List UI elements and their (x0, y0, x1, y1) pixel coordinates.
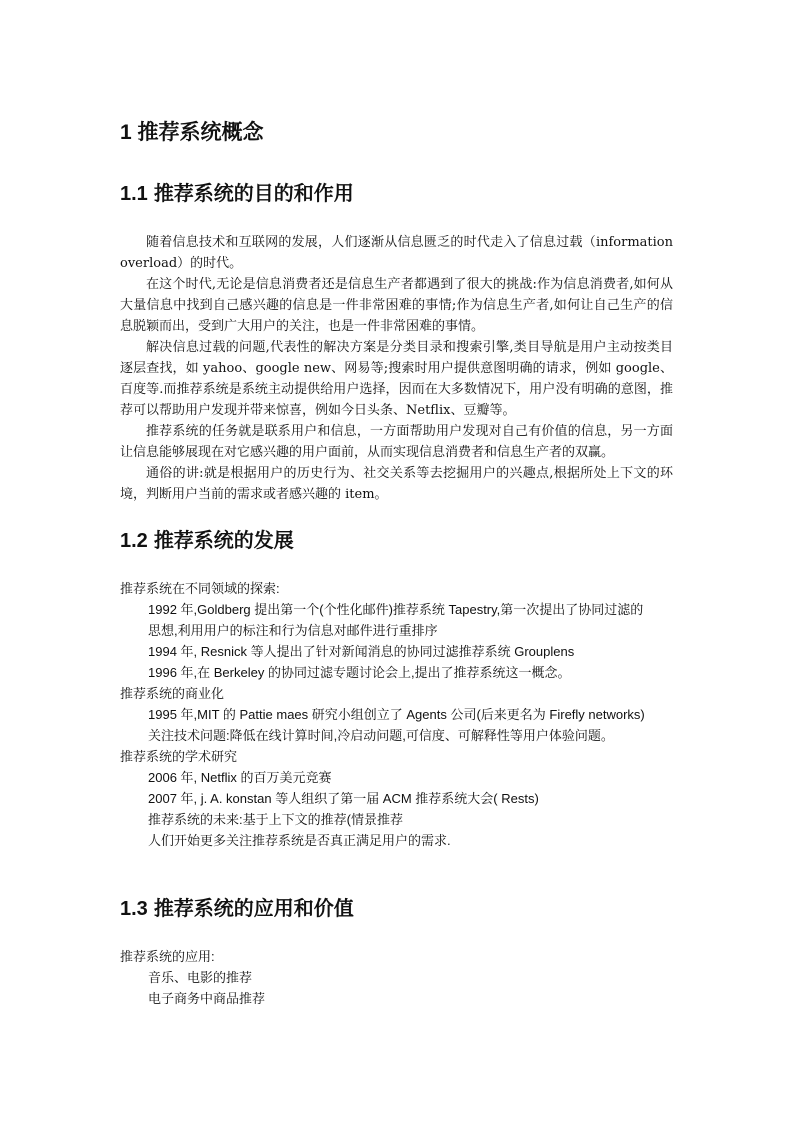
list-item: 推荐系统的学术研究 (120, 746, 680, 767)
paragraph: 随着信息技术和互联网的发展，人们逐渐从信息匮乏的时代走入了信息过载（inform… (120, 232, 673, 274)
section-1-1-body: 随着信息技术和互联网的发展，人们逐渐从信息匮乏的时代走入了信息过载（inform… (120, 232, 673, 505)
section-1-3-body: 推荐系统的应用: 音乐、电影的推荐 电子商务中商品推荐 (120, 946, 680, 1009)
list-item: 推荐系统的商业化 (120, 683, 680, 704)
list-item: 推荐系统的应用: (120, 946, 680, 967)
paragraph: 通俗的讲:就是根据用户的历史行为、社交关系等去挖掘用户的兴趣点,根据所处上下文的… (120, 463, 673, 505)
list-item: 关注技术问题:降低在线计算时间,冷启动问题,可信度、可解释性等用户体验问题。 (120, 725, 680, 746)
section-title: 推荐系统的目的和作用 (154, 183, 354, 205)
list-item: 2007 年, j. A. konstan 等人组织了第一届 ACM 推荐系统大… (120, 788, 680, 809)
paragraph: 解决信息过载的问题,代表性的解决方案是分类目录和搜索引擎,类目导航是用户主动按类… (120, 337, 673, 421)
section-heading-1-1: 1.1推荐系统的目的和作用 (120, 180, 354, 208)
section-number: 1.1 (120, 183, 148, 205)
list-item: 2006 年, Netflix 的百万美元竞赛 (120, 767, 680, 788)
list-item: 推荐系统的未来:基于上下文的推荐(情景推荐 (120, 809, 680, 830)
section-heading-1-3: 1.3推荐系统的应用和价值 (120, 895, 354, 923)
list-item: 推荐系统在不同领域的探索: (120, 578, 680, 599)
list-item: 音乐、电影的推荐 (120, 967, 680, 988)
list-item: 1996 年,在 Berkeley 的协同过滤专题讨论会上,提出了推荐系统这一概… (120, 662, 680, 683)
section-number: 1.2 (120, 530, 148, 552)
document-page: 1 推荐系统概念 1.1推荐系统的目的和作用 随着信息技术和互联网的发展，人们逐… (0, 0, 793, 1122)
list-item: 1995 年,MIT 的 Pattie maes 研究小组创立了 Agents … (120, 704, 680, 725)
section-number: 1.3 (120, 898, 148, 920)
section-title: 推荐系统的应用和价值 (154, 898, 354, 920)
list-item: 思想,利用用户的标注和行为信息对邮件进行重排序 (120, 620, 680, 641)
section-title: 推荐系统的发展 (154, 530, 294, 552)
list-item: 人们开始更多关注推荐系统是否真正满足用户的需求. (120, 830, 680, 851)
chapter-heading: 1 推荐系统概念 (120, 119, 264, 147)
list-item: 1992 年,Goldberg 提出第一个(个性化邮件)推荐系统 Tapestr… (120, 599, 680, 620)
paragraph: 推荐系统的任务就是联系用户和信息，一方面帮助用户发现对自己有价值的信息，另一方面… (120, 421, 673, 463)
list-item: 电子商务中商品推荐 (120, 988, 680, 1009)
section-1-2-body: 推荐系统在不同领域的探索: 1992 年,Goldberg 提出第一个(个性化邮… (120, 578, 680, 851)
section-heading-1-2: 1.2推荐系统的发展 (120, 527, 294, 555)
paragraph: 在这个时代,无论是信息消费者还是信息生产者都遇到了很大的挑战:作为信息消费者,如… (120, 274, 673, 337)
list-item: 1994 年, Resnick 等人提出了针对新闻消息的协同过滤推荐系统 Gro… (120, 641, 680, 662)
